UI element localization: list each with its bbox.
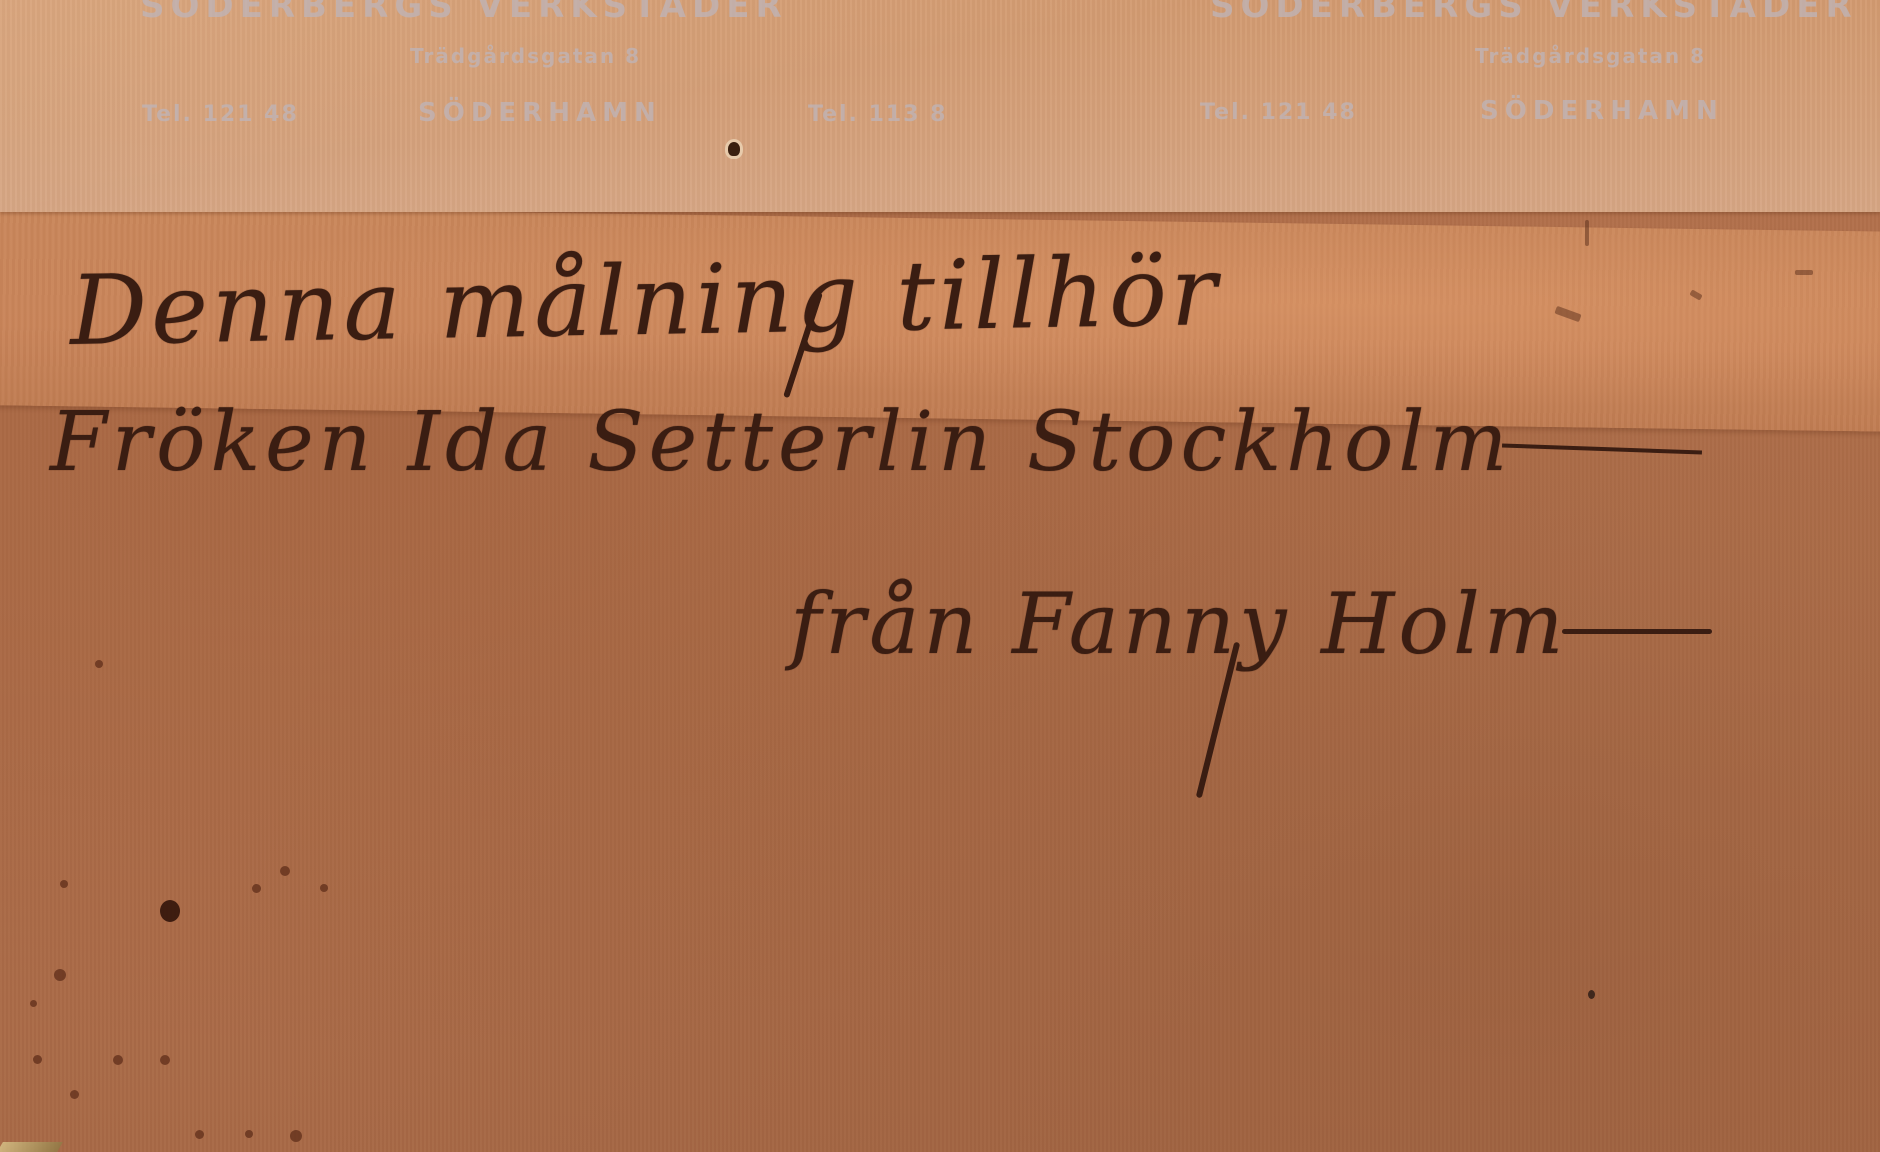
ink-spot [320, 884, 328, 892]
inscription-signature: från Fanny Holm [790, 575, 1712, 673]
inscription-line-1: Denna målning tillhör [69, 235, 1221, 367]
letterhead-city-left: SÖDERHAMN [418, 98, 662, 128]
letterhead-street-right: Trädgårdsgatan 8 [1475, 44, 1706, 68]
letterhead-city-right: SÖDERHAMN [1480, 96, 1724, 126]
letterhead-tel-middle: Tel. 113 8 [808, 102, 947, 127]
ink-spot [113, 1055, 123, 1065]
photo-scene: SÖDERBERGS VERKSTÄDER SÖDERBERGS VERKSTÄ… [0, 0, 1880, 1152]
top-paper-band: SÖDERBERGS VERKSTÄDER SÖDERBERGS VERKSTÄ… [0, 0, 1880, 212]
letterhead-tel-right: Tel. 121 48 [1200, 100, 1357, 125]
frame-gilt-corner [0, 1142, 63, 1152]
paper-fiber [1795, 270, 1813, 275]
ink-spot [1588, 990, 1595, 999]
ink-spot [95, 660, 103, 668]
ink-spot [252, 884, 261, 893]
nail-hole [728, 142, 740, 156]
ink-flourish [1502, 443, 1702, 454]
ink-spot [195, 1130, 204, 1139]
ink-spot [245, 1130, 253, 1138]
ink-spot [290, 1130, 302, 1142]
inscription-line-3-text: från Fanny Holm [790, 575, 1568, 673]
ink-spot [70, 1090, 79, 1099]
ink-spot [30, 1000, 37, 1007]
ink-spot [280, 866, 290, 876]
inscription-line-2: Fröken Ida Setterlin Stockholm [50, 395, 1702, 490]
letterhead-street-left: Trädgårdsgatan 8 [410, 44, 641, 68]
ink-spot [54, 969, 66, 981]
letterhead-title-left: SÖDERBERGS VERKSTÄDER [140, 0, 788, 26]
signature-flourish [1562, 629, 1712, 634]
ink-spot [33, 1055, 42, 1064]
letterhead-tel-left: Tel. 121 48 [142, 102, 299, 127]
inscription-line-2-text: Fröken Ida Setterlin Stockholm [50, 395, 1512, 490]
paper-fiber [1585, 220, 1589, 246]
ink-spot [160, 1055, 170, 1065]
letterhead-title-right: SÖDERBERGS VERKSTÄDER [1210, 0, 1858, 26]
ink-spot [160, 900, 180, 922]
ink-spot [60, 880, 68, 888]
